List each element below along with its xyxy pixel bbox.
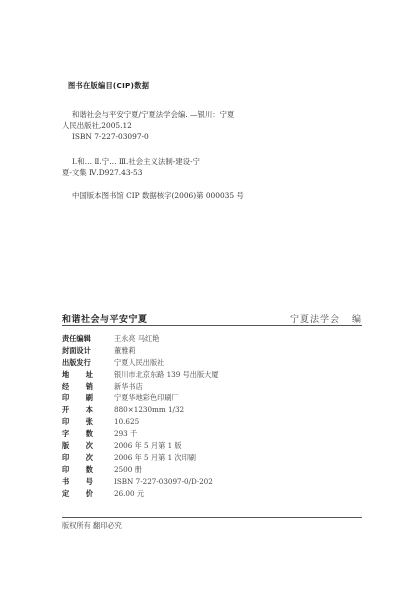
info-row: 印次2006 年 5 月第 1 次印刷 <box>62 452 219 464</box>
info-value: ISBN 7-227-03097-0/D·202 <box>114 476 213 488</box>
info-label: 版次 <box>62 440 93 452</box>
info-row: 版次2006 年 5 月第 1 版 <box>62 440 219 452</box>
info-value: 王永亮 马红艳 <box>114 333 159 345</box>
divider <box>62 517 362 518</box>
info-value: 26.00 元 <box>114 488 144 500</box>
book-editor: 宁夏法学会编 <box>290 312 362 325</box>
info-label: 地址 <box>62 369 93 381</box>
info-row: 封面设计董雅莉 <box>62 345 219 357</box>
info-value: 293 千 <box>114 428 137 440</box>
info-value: 2006 年 5 月第 1 版 <box>114 440 182 452</box>
publication-info: 责任编辑王永亮 马红艳 封面设计董雅莉 出版发行宁夏人民出版社 地址银川市北京东… <box>62 333 219 499</box>
copyright-notice: 版权所有 翻印必究 <box>62 521 122 531</box>
cip-classification: 夏-文集 Ⅳ.D927.43-53 <box>62 167 362 178</box>
info-row: 字数293 千 <box>62 428 219 440</box>
info-row: 地址银川市北京东路 139 号出版大厦 <box>62 369 219 381</box>
cip-catalog-number: 中国版本图书馆 CIP 数据核字(2006)第 000035 号 <box>62 190 362 201</box>
info-label: 定价 <box>62 488 93 500</box>
cip-classification: Ⅰ.和… Ⅱ.宁… Ⅲ.社会主义法制-建设-宁 <box>62 156 362 167</box>
cip-line: 人民出版社,2005.12 <box>62 120 362 131</box>
info-row: 定价26.00 元 <box>62 488 219 500</box>
info-row: 印数2500 册 <box>62 464 219 476</box>
info-label: 书号 <box>62 476 93 488</box>
cip-data-block: 图书在版编目(CIP)数据 和谐社会与平安宁夏/宁夏法学会编. —银川：宁夏 人… <box>62 80 362 201</box>
info-label: 印刷 <box>62 392 93 404</box>
info-label: 出版发行 <box>62 357 114 369</box>
info-label: 字数 <box>62 428 93 440</box>
cip-line: 和谐社会与平安宁夏/宁夏法学会编. —银川：宁夏 <box>62 109 362 120</box>
info-label: 印张 <box>62 416 93 428</box>
info-value: 880×1230mm 1/32 <box>114 404 184 416</box>
cip-isbn: ISBN 7-227-03097-0 <box>62 131 362 142</box>
info-value: 10.625 <box>114 416 139 428</box>
info-value: 银川市北京东路 139 号出版大厦 <box>114 369 219 381</box>
editor-name: 宁夏法学会 <box>290 315 340 325</box>
info-row: 经销新华书店 <box>62 381 219 393</box>
info-value: 宁夏华地彩色印刷厂 <box>114 392 179 404</box>
info-value: 2500 册 <box>114 464 142 476</box>
info-value: 2006 年 5 月第 1 次印刷 <box>114 452 196 464</box>
editor-suffix: 编 <box>352 315 362 325</box>
info-label: 印次 <box>62 452 93 464</box>
cip-heading: 图书在版编目(CIP)数据 <box>68 80 362 91</box>
info-value: 新华书店 <box>114 381 143 393</box>
divider <box>62 325 362 326</box>
info-label: 责任编辑 <box>62 333 114 345</box>
info-row: 开本880×1230mm 1/32 <box>62 404 219 416</box>
info-label: 封面设计 <box>62 345 114 357</box>
info-label: 印数 <box>62 464 93 476</box>
book-title-row: 和谐社会与平安宁夏 宁夏法学会编 <box>62 311 362 325</box>
info-value: 董雅莉 <box>114 345 136 357</box>
info-row: 出版发行宁夏人民出版社 <box>62 357 219 369</box>
info-row: 印刷宁夏华地彩色印刷厂 <box>62 392 219 404</box>
info-row: 印张10.625 <box>62 416 219 428</box>
info-row: 责任编辑王永亮 马红艳 <box>62 333 219 345</box>
book-title: 和谐社会与平安宁夏 <box>62 312 148 325</box>
info-value: 宁夏人民出版社 <box>114 357 164 369</box>
info-label: 开本 <box>62 404 93 416</box>
info-row: 书号ISBN 7-227-03097-0/D·202 <box>62 476 219 488</box>
info-label: 经销 <box>62 381 93 393</box>
